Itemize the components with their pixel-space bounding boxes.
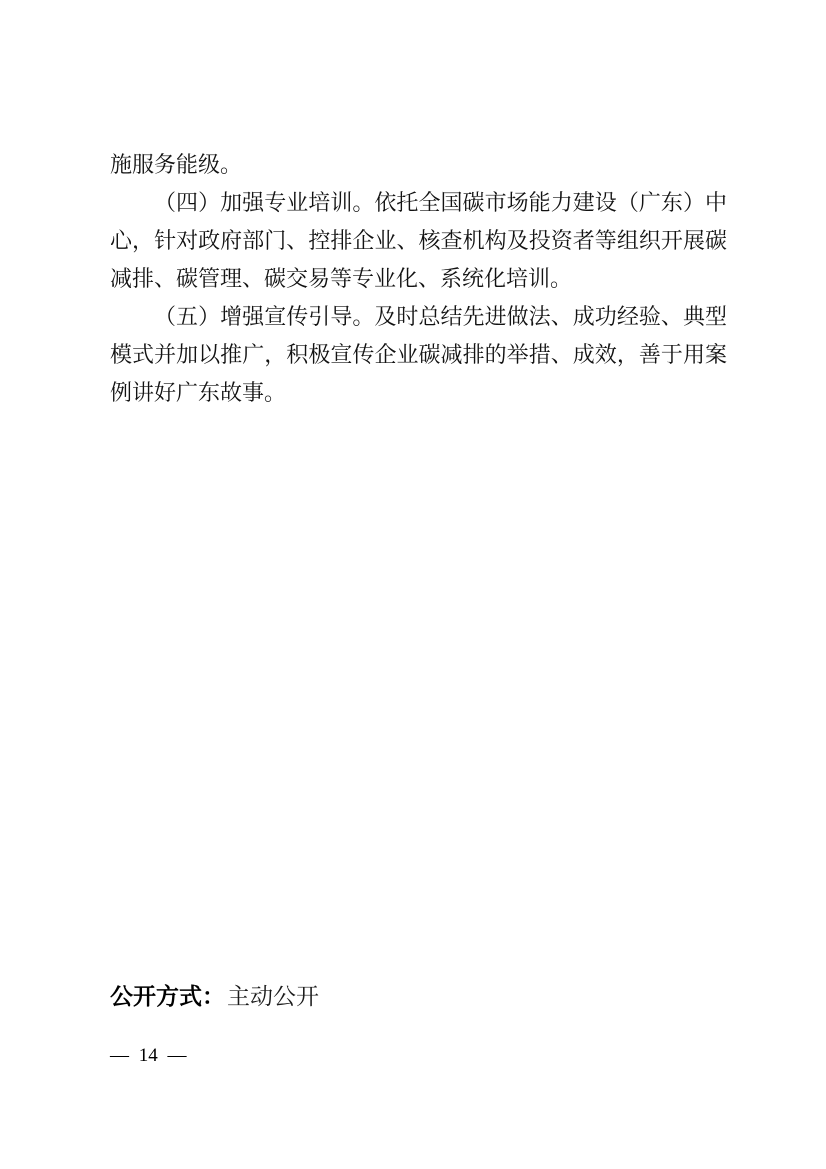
page-number: — 14 — [110, 1044, 187, 1068]
disclosure-label: 公开方式： [110, 983, 225, 1009]
body-text-block: 施服务能级。 （四）加强专业培训。依托全国碳市场能力建设（广东）中心，针对政府部… [110, 146, 727, 412]
disclosure-line: 公开方式：主动公开 [110, 982, 319, 1011]
disclosure-value: 主动公开 [227, 984, 319, 1009]
paragraph-item-5: （五）增强宣传引导。及时总结先进做法、成功经验、典型模式并加以推广，积极宣传企业… [110, 298, 727, 412]
paragraph-item-4: （四）加强专业培训。依托全国碳市场能力建设（广东）中心，针对政府部门、控排企业、… [110, 184, 727, 298]
paragraph-continuation: 施服务能级。 [110, 146, 727, 184]
document-page: 施服务能级。 （四）加强专业培训。依托全国碳市场能力建设（广东）中心，针对政府部… [0, 0, 826, 1169]
